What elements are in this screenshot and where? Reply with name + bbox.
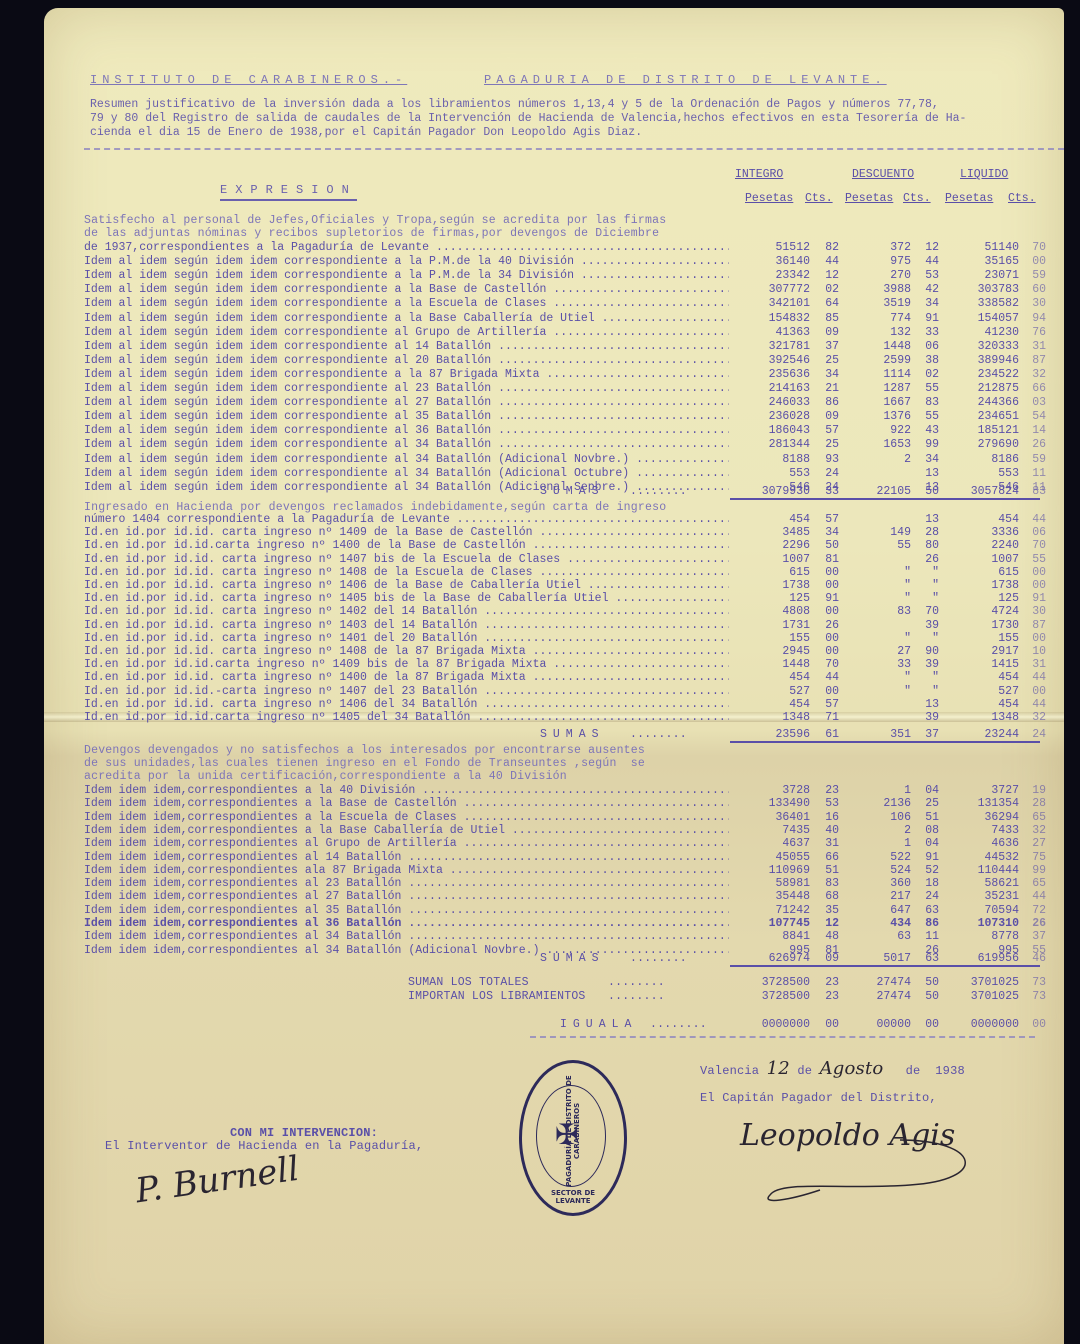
descuento-pesetas: 132: [854, 326, 911, 339]
liquido-cts: 76: [1024, 326, 1046, 339]
integro-pesetas: 1448: [746, 658, 810, 671]
descuento-cts: 08: [917, 824, 939, 837]
integro-cts: 48: [817, 930, 839, 943]
liquido-cts: 91: [1024, 592, 1046, 605]
liquido-pesetas: 234651: [954, 410, 1019, 423]
integro-cts: 57: [817, 424, 839, 437]
descuento-pesetas: 2: [854, 824, 911, 837]
integro-cts: 70: [817, 658, 839, 671]
descuento-pesetas: 1376: [854, 410, 911, 423]
descuento-pesetas: 1287: [854, 382, 911, 395]
liquido-pesetas: 244366: [954, 396, 1019, 409]
integro-pesetas: 8188: [746, 453, 810, 466]
integro-pesetas: 527: [746, 685, 810, 698]
liquido-cts: 03: [1024, 396, 1046, 409]
liquido-cts: 00: [1024, 579, 1046, 592]
descuento-cts: 39: [917, 619, 939, 632]
table-row: Idem al idem según idem idem correspondi…: [84, 467, 1074, 481]
sum-underline: [730, 965, 1040, 967]
descuento-cts: 04: [917, 784, 939, 797]
liquido-cts: 55: [1024, 553, 1046, 566]
integro-cts: 23: [817, 784, 839, 797]
liquido-cts: 87: [1024, 354, 1046, 367]
liquido-pesetas: 44532: [954, 851, 1019, 864]
row-description: Idem idem idem,correspondientes a la Bas…: [84, 797, 729, 810]
sum-underline: [730, 498, 1040, 500]
sum-value: 3057824: [954, 485, 1019, 498]
sum-value: 61: [817, 728, 839, 741]
row-description: Id.en id.por id.id. carta ingreso nº 140…: [84, 566, 729, 579]
table-row: Idem al idem según idem idem correspondi…: [84, 283, 1074, 297]
integro-cts: 21: [817, 382, 839, 395]
row-description: Idem al idem según idem idem correspondi…: [84, 382, 729, 395]
descuento-pesetas: 1: [854, 784, 911, 797]
liquido-pesetas: 154057: [954, 312, 1019, 325]
table-row: Idem al idem según idem idem correspondi…: [84, 326, 1074, 340]
descuento-pesetas: 1: [854, 837, 911, 850]
descuento-cts: 63: [917, 904, 939, 917]
row-description: Idem al idem según idem idem correspondi…: [84, 312, 729, 325]
sum-value: 37: [917, 728, 939, 741]
row-description: Id.en id.por id.id. carta ingreso nº 140…: [84, 632, 729, 645]
liquido-cts: 66: [1024, 382, 1046, 395]
col-integro: INTEGRO: [735, 168, 783, 181]
table-row: Idem idem idem,correspondientes a la Bas…: [84, 797, 1074, 811]
integro-pesetas: 1738: [746, 579, 810, 592]
integro-pesetas: 454: [746, 513, 810, 526]
integro-pesetas: 155: [746, 632, 810, 645]
table-row: Idem idem idem,correspondientes al Grupo…: [84, 837, 1074, 851]
descuento-cts: 55: [917, 410, 939, 423]
col-integro-cts: Cts.: [805, 192, 833, 205]
descuento-pesetas: 434: [854, 917, 911, 930]
descuento-pesetas: 270: [854, 269, 911, 282]
col-descuento: DESCUENTO: [852, 168, 914, 181]
descuento-cts: 70: [917, 605, 939, 618]
integro-pesetas: 133490: [746, 797, 810, 810]
liquido-pesetas: 35231: [954, 890, 1019, 903]
row-description: Idem al idem según idem idem correspondi…: [84, 326, 729, 339]
integro-pesetas: 1007: [746, 553, 810, 566]
table-row: Id.en id.por id.id.carta ingreso nº 1400…: [84, 539, 1074, 553]
integro-cts: 09: [817, 326, 839, 339]
col-expresion: EXPRESION: [220, 183, 357, 201]
liquido-cts: 30: [1024, 605, 1046, 618]
integro-cts: 34: [817, 368, 839, 381]
sum-value: 46: [1024, 952, 1046, 965]
liquido-cts: 00: [1024, 685, 1046, 698]
section1-intro-1: Satisfecho al personal de Jefes,Oficiale…: [84, 214, 666, 227]
liquido-pesetas: 107310: [954, 917, 1019, 930]
row-description: Id.en id.por id.id. carta ingreso nº 140…: [84, 619, 729, 632]
integro-cts: 44: [817, 255, 839, 268]
descuento-cts: 24: [917, 890, 939, 903]
row-description: Id.en id.por id.id. carta ingreso nº 140…: [84, 526, 729, 539]
integro-pesetas: 307772: [746, 283, 810, 296]
integro-pesetas: 3485: [746, 526, 810, 539]
sum-value: 09: [817, 952, 839, 965]
descuento-pesetas: 63: [854, 930, 911, 943]
descuento-cts: 13: [917, 698, 939, 711]
descuento-pesetas: 2136: [854, 797, 911, 810]
liquido-cts: 65: [1024, 877, 1046, 890]
integro-pesetas: 236028: [746, 410, 810, 423]
row-description: Idem idem idem,correspondientes al 35 Ba…: [84, 904, 729, 917]
table-row: Id.en id.por id.id. carta ingreso nº 140…: [84, 645, 1074, 659]
integro-pesetas: 321781: [746, 340, 810, 353]
descuento-cts: 43: [917, 424, 939, 437]
liquido-pesetas: 454: [954, 671, 1019, 684]
descuento-pesetas: ": [854, 685, 911, 698]
descuento-cts: 39: [917, 711, 939, 724]
integro-pesetas: 125: [746, 592, 810, 605]
row-description: Idem al idem según idem idem correspondi…: [84, 297, 729, 310]
row-description: Idem idem idem,correspondientes al 36 Ba…: [84, 917, 729, 930]
sum-row: 3728500232747450370102573: [84, 976, 1074, 990]
integro-cts: 12: [817, 269, 839, 282]
table-row: Idem idem idem,correspondientes al 35 Ba…: [84, 904, 1074, 918]
sum-value: 27474: [854, 990, 911, 1003]
liquido-pesetas: 303783: [954, 283, 1019, 296]
sum-row: 2359661351372324424: [84, 728, 1074, 742]
sum-row: 0000000000000000000000000: [84, 1018, 1074, 1032]
table-row: Idem al idem según idem idem correspondi…: [84, 424, 1074, 438]
integro-cts: 93: [817, 453, 839, 466]
integro-cts: 44: [817, 671, 839, 684]
liquido-cts: 31: [1024, 658, 1046, 671]
descuento-cts: 38: [917, 354, 939, 367]
liquido-cts: 00: [1024, 255, 1046, 268]
sum-value: 619956: [954, 952, 1019, 965]
row-description: número 1404 correspondiente a la Pagadur…: [84, 513, 729, 526]
table-row: Idem al idem según idem idem correspondi…: [84, 297, 1074, 311]
row-description: Id.en id.por id.id. carta ingreso nº 140…: [84, 698, 729, 711]
row-description: Idem idem idem,correspondientes al 27 Ba…: [84, 890, 729, 903]
descuento-cts: 02: [917, 368, 939, 381]
section1-intro-2: de las adjuntas nóminas y recibos suplet…: [84, 227, 659, 240]
row-description: Idem al idem según idem idem correspondi…: [84, 354, 729, 367]
liquido-pesetas: 7433: [954, 824, 1019, 837]
integro-pesetas: 71242: [746, 904, 810, 917]
table-row: Idem idem idem,correspondientes ala 87 B…: [84, 864, 1074, 878]
integro-pesetas: 2945: [746, 645, 810, 658]
table-row: Idem al idem según idem idem correspondi…: [84, 340, 1074, 354]
row-description: Idem al idem según idem idem correspondi…: [84, 368, 729, 381]
table-row: Idem al idem según idem idem correspondi…: [84, 453, 1074, 467]
liquido-pesetas: 320333: [954, 340, 1019, 353]
integro-cts: 26: [817, 619, 839, 632]
liquido-pesetas: 70594: [954, 904, 1019, 917]
sum-value: 3728500: [746, 976, 810, 989]
row-description: Id.en id.por id.id. carta ingreso nº 140…: [84, 645, 729, 658]
row-description: Id.en id.por id.id. carta ingreso nº 140…: [84, 671, 729, 684]
liquido-pesetas: 4724: [954, 605, 1019, 618]
table-row: Idem al idem según idem idem correspondi…: [84, 354, 1074, 368]
liquido-cts: 32: [1024, 711, 1046, 724]
descuento-cts: 91: [917, 312, 939, 325]
descuento-pesetas: 1114: [854, 368, 911, 381]
descuento-cts: 42: [917, 283, 939, 296]
liquido-pesetas: 35165: [954, 255, 1019, 268]
table-row: Idem al idem según idem idem correspondi…: [84, 396, 1074, 410]
sum-row: 3728500232747450370102573: [84, 990, 1074, 1004]
integro-pesetas: 1348: [746, 711, 810, 724]
liquido-pesetas: 454: [954, 513, 1019, 526]
liquido-pesetas: 8778: [954, 930, 1019, 943]
integro-cts: 24: [817, 467, 839, 480]
sum-value: 3701025: [954, 990, 1019, 1003]
descuento-cts: 44: [917, 255, 939, 268]
integro-cts: 02: [817, 283, 839, 296]
integro-cts: 85: [817, 312, 839, 325]
descuento-cts: 13: [917, 513, 939, 526]
sum-value: 00: [1024, 1018, 1046, 1031]
descuento-cts: 12: [917, 241, 939, 254]
liquido-pesetas: 1738: [954, 579, 1019, 592]
emblem-icon: ✠: [555, 1118, 578, 1151]
liquido-pesetas: 389946: [954, 354, 1019, 367]
integro-cts: 25: [817, 354, 839, 367]
section3-intro-2: de sus unidades,las cuales tienen ingres…: [84, 757, 645, 770]
row-description: Idem al idem según idem idem correspondi…: [84, 255, 729, 268]
col-descuento-cts: Cts.: [903, 192, 931, 205]
integro-pesetas: 36140: [746, 255, 810, 268]
table-row: Idem al idem según idem idem correspondi…: [84, 410, 1074, 424]
integro-pesetas: 41363: [746, 326, 810, 339]
descuento-cts: 34: [917, 453, 939, 466]
integro-pesetas: 553: [746, 467, 810, 480]
integro-cts: 86: [817, 396, 839, 409]
integro-cts: 66: [817, 851, 839, 864]
descuento-pesetas: 1448: [854, 340, 911, 353]
descuento-pesetas: 524: [854, 864, 911, 877]
liquido-cts: 44: [1024, 671, 1046, 684]
descuento-cts: 90: [917, 645, 939, 658]
liquido-pesetas: 615: [954, 566, 1019, 579]
descuento-pesetas: 372: [854, 241, 911, 254]
liquido-pesetas: 155: [954, 632, 1019, 645]
integro-pesetas: 2296: [746, 539, 810, 552]
col-liquido-cts: Cts.: [1008, 192, 1036, 205]
integro-cts: 81: [817, 553, 839, 566]
integro-pesetas: 51512: [746, 241, 810, 254]
sum-value: 33: [817, 485, 839, 498]
descuento-pesetas: 3519: [854, 297, 911, 310]
sum-value: 23596: [746, 728, 810, 741]
descuento-cts: 33: [917, 326, 939, 339]
col-integro-pesetas: Pesetas: [745, 192, 793, 205]
integro-cts: 00: [817, 579, 839, 592]
descuento-pesetas: 2: [854, 453, 911, 466]
descuento-pesetas: 647: [854, 904, 911, 917]
table-row: Id.en id.por id.id. carta ingreso nº 140…: [84, 592, 1074, 606]
official-seal: PAGADURÍA DE DISTRITO DE CARABINEROS SEC…: [519, 1060, 627, 1216]
document-intro: Resumen justificativo de la inversión da…: [90, 98, 1070, 140]
interventor-title: El Interventor de Hacienda en la Pagadur…: [105, 1140, 423, 1153]
descuento-cts: ": [917, 592, 939, 605]
liquido-pesetas: 41230: [954, 326, 1019, 339]
row-description: Idem al idem según idem idem correspondi…: [84, 269, 729, 282]
liquido-cts: 27: [1024, 837, 1046, 850]
integro-cts: 00: [817, 566, 839, 579]
integro-pesetas: 214163: [746, 382, 810, 395]
integro-pesetas: 342101: [746, 297, 810, 310]
liquido-pesetas: 553: [954, 467, 1019, 480]
descuento-pesetas: 217: [854, 890, 911, 903]
row-description: Id.en id.por id.id. carta ingreso nº 140…: [84, 553, 729, 566]
integro-cts: 83: [817, 877, 839, 890]
descuento-cts: 28: [917, 526, 939, 539]
table-row: Idem al idem según idem idem correspondi…: [84, 438, 1074, 452]
integro-pesetas: 154832: [746, 312, 810, 325]
table-row: Idem idem idem,correspondientes al 14 Ba…: [84, 851, 1074, 865]
integro-cts: 53: [817, 797, 839, 810]
descuento-cts: ": [917, 566, 939, 579]
liquido-pesetas: 51140: [954, 241, 1019, 254]
descuento-cts: 83: [917, 396, 939, 409]
descuento-cts: 06: [917, 340, 939, 353]
descuento-pesetas: 27: [854, 645, 911, 658]
descuento-cts: 26: [917, 553, 939, 566]
descuento-cts: 25: [917, 797, 939, 810]
integro-cts: 50: [817, 539, 839, 552]
sum-value: 50: [917, 976, 939, 989]
row-description: Idem al idem según idem idem correspondi…: [84, 283, 729, 296]
integro-cts: 34: [817, 526, 839, 539]
descuento-cts: ": [917, 671, 939, 684]
liquido-cts: 06: [1024, 526, 1046, 539]
table-row: Id.en id.por id.id.-carta ingreso nº 140…: [84, 685, 1074, 699]
table-row: Idem idem idem,correspondientes a la 40 …: [84, 784, 1074, 798]
sum-value: 83: [1024, 485, 1046, 498]
sum-value: 5017: [854, 952, 911, 965]
descuento-cts: 86: [917, 917, 939, 930]
col-liquido-pesetas: Pesetas: [945, 192, 993, 205]
descuento-pesetas: 106: [854, 811, 911, 824]
liquido-pesetas: 131354: [954, 797, 1019, 810]
descuento-pesetas: ": [854, 671, 911, 684]
liquido-cts: 70: [1024, 241, 1046, 254]
sum-value: 22105: [854, 485, 911, 498]
table-row: Idem idem idem,correspondientes al 34 Ba…: [84, 930, 1074, 944]
row-description: Id.en id.por id.id.carta ingreso nº 1405…: [84, 711, 729, 724]
descuento-cts: 13: [917, 467, 939, 480]
table-row: Idem idem idem,correspondientes al 27 Ba…: [84, 890, 1074, 904]
table-row: Idem idem idem,correspondientes al 36 Ba…: [84, 917, 1074, 931]
sum-value: 00: [917, 1018, 939, 1031]
sum-value: 3079930: [746, 485, 810, 498]
descuento-cts: ": [917, 685, 939, 698]
descuento-cts: 99: [917, 438, 939, 451]
descuento-cts: 91: [917, 851, 939, 864]
integro-cts: 31: [817, 837, 839, 850]
row-description: Idem idem idem,correspondientes al 14 Ba…: [84, 851, 729, 864]
row-description: Idem idem idem,correspondientes ala 87 B…: [84, 864, 729, 877]
sum-value: 63: [917, 952, 939, 965]
table-row: Id.en id.por id.id. carta ingreso nº 140…: [84, 671, 1074, 685]
integro-cts: 91: [817, 592, 839, 605]
integro-pesetas: 454: [746, 698, 810, 711]
table-row: Idem al idem según idem idem correspondi…: [84, 312, 1074, 326]
sum-value: 351: [854, 728, 911, 741]
liquido-cts: 32: [1024, 824, 1046, 837]
integro-pesetas: 1731: [746, 619, 810, 632]
liquido-cts: 28: [1024, 797, 1046, 810]
sum-value: 3701025: [954, 976, 1019, 989]
liquido-pesetas: 1348: [954, 711, 1019, 724]
institute-title: INSTITUTO DE CARABINEROS.-: [90, 73, 407, 87]
liquido-cts: 10: [1024, 645, 1046, 658]
integro-pesetas: 392546: [746, 354, 810, 367]
liquido-pesetas: 527: [954, 685, 1019, 698]
row-description: Idem al idem según idem idem correspondi…: [84, 410, 729, 423]
descuento-cts: 53: [917, 269, 939, 282]
descuento-pesetas: 922: [854, 424, 911, 437]
liquido-cts: 60: [1024, 283, 1046, 296]
integro-cts: 12: [817, 917, 839, 930]
sum-value: 0000000: [746, 1018, 810, 1031]
row-description: Idem al idem según idem idem correspondi…: [84, 467, 729, 480]
descuento-pesetas: 3988: [854, 283, 911, 296]
integro-cts: 71: [817, 711, 839, 724]
sum-value: 23: [817, 976, 839, 989]
liquido-cts: 75: [1024, 851, 1046, 864]
descuento-pesetas: 1667: [854, 396, 911, 409]
table-row: número 1404 correspondiente a la Pagadur…: [84, 513, 1074, 527]
sum-value: 27474: [854, 976, 911, 989]
integro-cts: 64: [817, 297, 839, 310]
integro-pesetas: 235636: [746, 368, 810, 381]
sum-value: 3728500: [746, 990, 810, 1003]
seal-text-bottom: SECTOR DE LEVANTE: [534, 1189, 612, 1205]
place-date: Valencia 12 de Agosto de 1938: [700, 1062, 965, 1078]
descuento-cts: 52: [917, 864, 939, 877]
table-row: Idem al idem según idem idem correspondi…: [84, 269, 1074, 283]
descuento-pesetas: 2599: [854, 354, 911, 367]
descuento-pesetas: 149: [854, 526, 911, 539]
descuento-pesetas: 360: [854, 877, 911, 890]
row-description: Id.en id.por id.id. carta ingreso nº 140…: [84, 605, 729, 618]
liquido-pesetas: 279690: [954, 438, 1019, 451]
liquido-cts: 19: [1024, 784, 1046, 797]
pagador-title: El Capitán Pagador del Distrito,: [700, 1092, 937, 1105]
pagaduria-title: PAGADURIA DE DISTRITO DE LEVANTE.: [484, 73, 887, 87]
descuento-pesetas: 83: [854, 605, 911, 618]
table-row: Id.en id.por id.id. carta ingreso nº 140…: [84, 526, 1074, 540]
integro-pesetas: 281344: [746, 438, 810, 451]
row-description: Idem al idem según idem idem correspondi…: [84, 453, 729, 466]
row-description: Idem idem idem,correspondientes al Grupo…: [84, 837, 729, 850]
integro-cts: 09: [817, 410, 839, 423]
liquido-pesetas: 338582: [954, 297, 1019, 310]
sum-value: 73: [1024, 990, 1046, 1003]
liquido-pesetas: 110444: [954, 864, 1019, 877]
liquido-pesetas: 125: [954, 592, 1019, 605]
row-description: Idem al idem según idem idem correspondi…: [84, 424, 729, 437]
row-description: Idem idem idem,correspondientes al 34 Ba…: [84, 930, 729, 943]
row-description: Id.en id.por id.id. carta ingreso nº 140…: [84, 592, 729, 605]
sum-value: 0000000: [954, 1018, 1019, 1031]
integro-pesetas: 4637: [746, 837, 810, 850]
liquido-pesetas: 3727: [954, 784, 1019, 797]
descuento-cts: 80: [917, 539, 939, 552]
table-row: Idem idem idem,correspondientes al 23 Ba…: [84, 877, 1074, 891]
integro-pesetas: 36401: [746, 811, 810, 824]
integro-cts: 57: [817, 698, 839, 711]
table-row: Id.en id.por id.id.carta ingreso nº 1405…: [84, 711, 1074, 725]
descuento-pesetas: 55: [854, 539, 911, 552]
liquido-cts: 94: [1024, 312, 1046, 325]
